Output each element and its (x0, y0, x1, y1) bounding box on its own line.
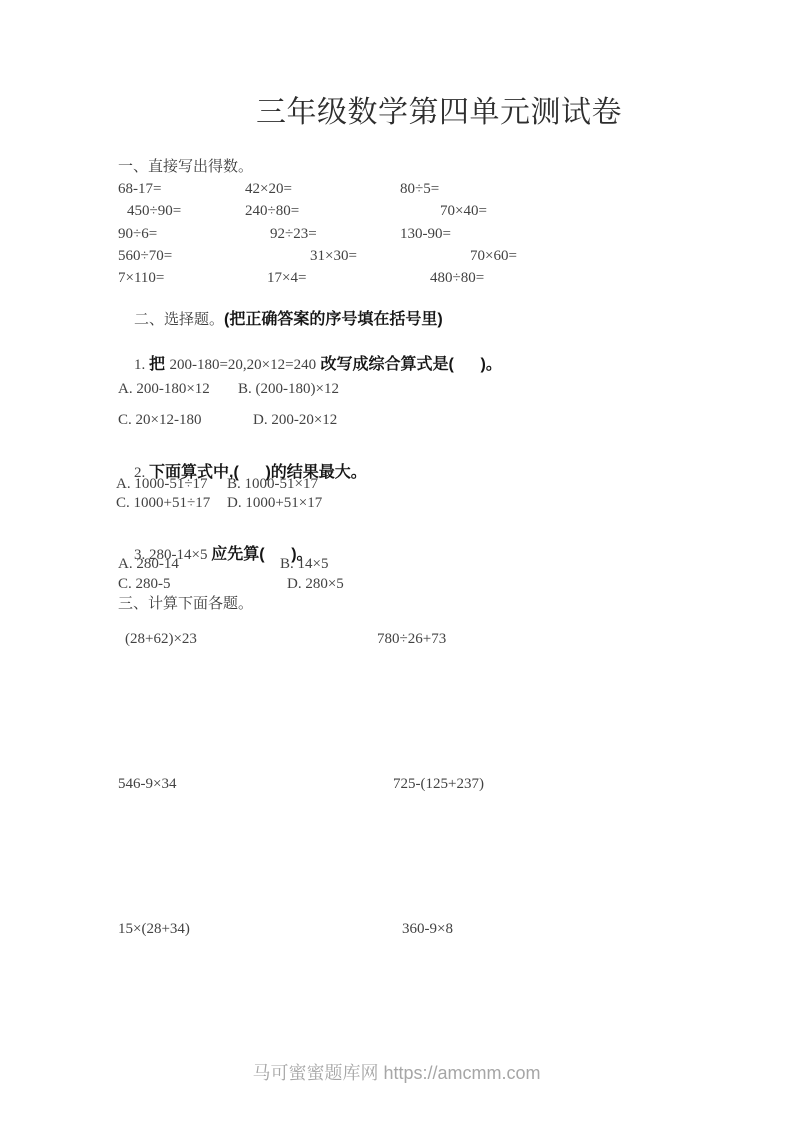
choice-option-c: C. 1000+51÷17 (116, 495, 210, 512)
test-paper-page: 三年级数学第四单元测试卷 一、直接写出得数。 68-17= 42×20= 80÷… (0, 0, 793, 1122)
section-choice-header-note: (把正确答案的序号填在括号里) (224, 311, 443, 328)
arithmetic-expression: 70×40= (440, 203, 487, 220)
question-number: 1. (134, 357, 149, 373)
choice-option-a: A. 200-180×12 (118, 381, 210, 398)
calc-problem: 546-9×34 (118, 776, 176, 793)
choice-option-b: B. 1000-51×17 (227, 476, 318, 493)
choice-option-a: A. 280-14 (118, 556, 179, 573)
arithmetic-expression: 450÷90= (127, 203, 181, 220)
calc-problem: 780÷26+73 (377, 631, 446, 648)
arithmetic-expression: 68-17= (118, 181, 161, 198)
arithmetic-expression: 31×30= (310, 248, 357, 265)
section-calc-header: 三、计算下面各题。 (118, 596, 253, 613)
choice-option-b: B. (200-180)×12 (238, 381, 339, 398)
arithmetic-expression: 480÷80= (430, 270, 484, 287)
question-stem-segment: 改写成综合算式是( )。 (316, 356, 502, 373)
choice-option-d: D. 280×5 (287, 576, 344, 593)
choice-option-a: A. 1000-51÷17 (116, 476, 208, 493)
arithmetic-expression: 70×60= (470, 248, 517, 265)
section-oral-header: 一、直接写出得数。 (118, 159, 253, 176)
choice-option-c: C. 280-5 (118, 576, 171, 593)
arithmetic-expression: 42×20= (245, 181, 292, 198)
page-title: 三年级数学第四单元测试卷 (256, 96, 622, 131)
choice-option-d: D. 1000+51×17 (227, 495, 322, 512)
calc-problem: 15×(28+34) (118, 921, 190, 938)
arithmetic-expression: 80÷5= (400, 181, 439, 198)
arithmetic-expression: 90÷6= (118, 226, 157, 243)
section-choice-header-main: 二、选择题。 (134, 312, 224, 328)
footer-watermark: 马可蜜蜜题库网 https://amcmm.com (0, 1063, 793, 1084)
arithmetic-expression: 92÷23= (270, 226, 317, 243)
arithmetic-expression: 7×110= (118, 270, 164, 287)
calc-problem: (28+62)×23 (125, 631, 197, 648)
choice-option-d: D. 200-20×12 (253, 412, 337, 429)
arithmetic-expression: 130-90= (400, 226, 451, 243)
calc-problem: 725-(125+237) (393, 776, 484, 793)
choice-option-c: C. 20×12-180 (118, 412, 201, 429)
question-stem-segment: 把 (149, 356, 169, 373)
arithmetic-expression: 17×4= (267, 270, 306, 287)
arithmetic-expression: 240÷80= (245, 203, 299, 220)
choice-option-b: B. 14×5 (280, 556, 328, 573)
arithmetic-expression: 560÷70= (118, 248, 172, 265)
calc-problem: 360-9×8 (402, 921, 453, 938)
question-stem-segment: 200-180=20,20×12=240 (169, 357, 316, 373)
